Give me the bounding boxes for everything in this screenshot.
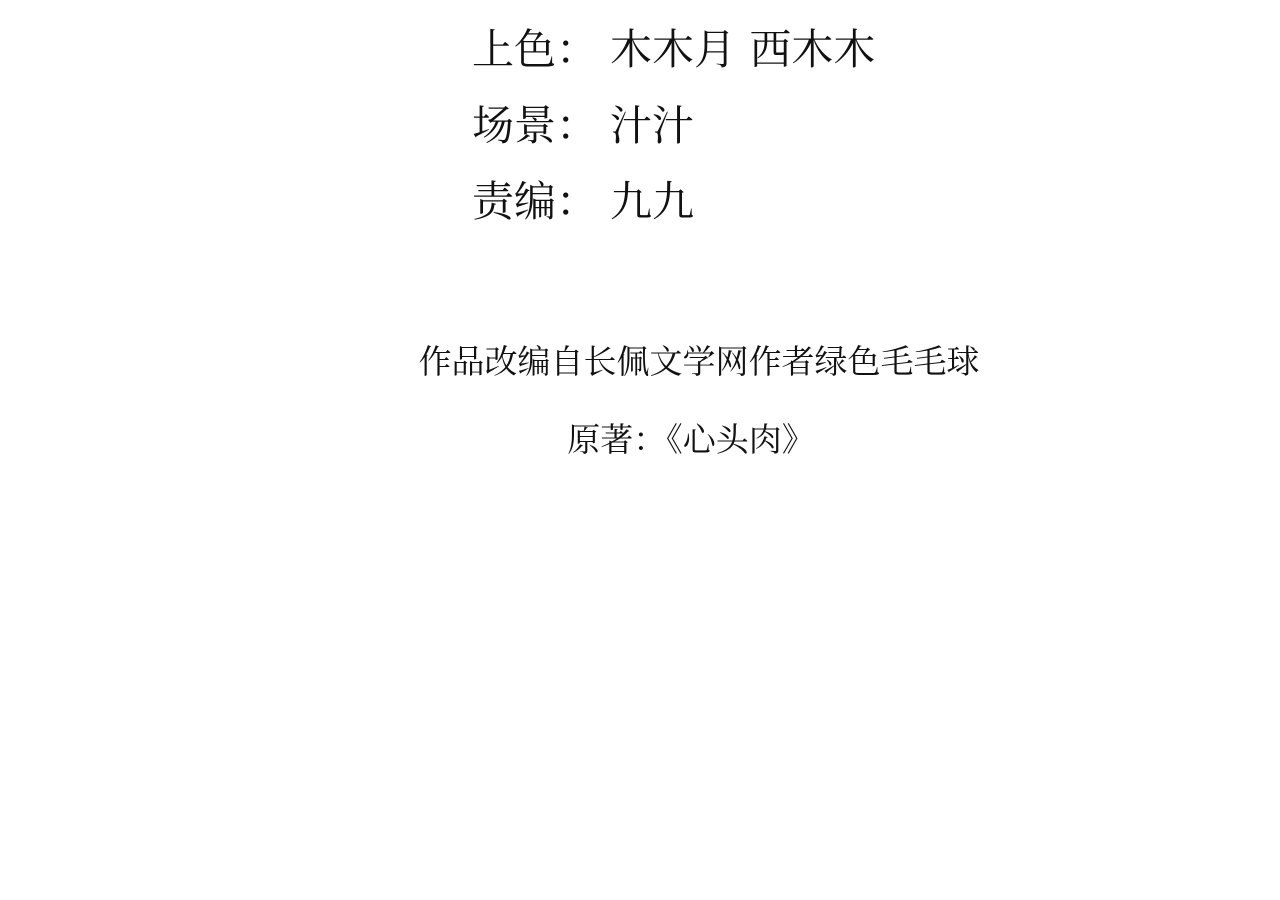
credit-row-scenery: 场景： 汁汁 bbox=[472, 102, 875, 178]
credits-list: 上色： 木木月 西木木 场景： 汁汁 责编： 九九 bbox=[472, 26, 875, 254]
credit-role: 上色： bbox=[472, 26, 610, 74]
credit-name: 木木月 西木木 bbox=[610, 26, 875, 74]
original-work-title: 原著：《心头肉》 bbox=[0, 420, 1280, 460]
credit-role: 责编： bbox=[472, 178, 610, 226]
credit-role: 场景： bbox=[472, 102, 610, 150]
credit-name: 汁汁 bbox=[610, 102, 694, 150]
credit-row-editor: 责编： 九九 bbox=[472, 178, 875, 254]
credit-name: 九九 bbox=[610, 178, 694, 226]
adaptation-notice: 作品改编自长佩文学网作者绿色毛毛球 bbox=[0, 342, 1280, 382]
credit-row-coloring: 上色： 木木月 西木木 bbox=[472, 26, 875, 102]
